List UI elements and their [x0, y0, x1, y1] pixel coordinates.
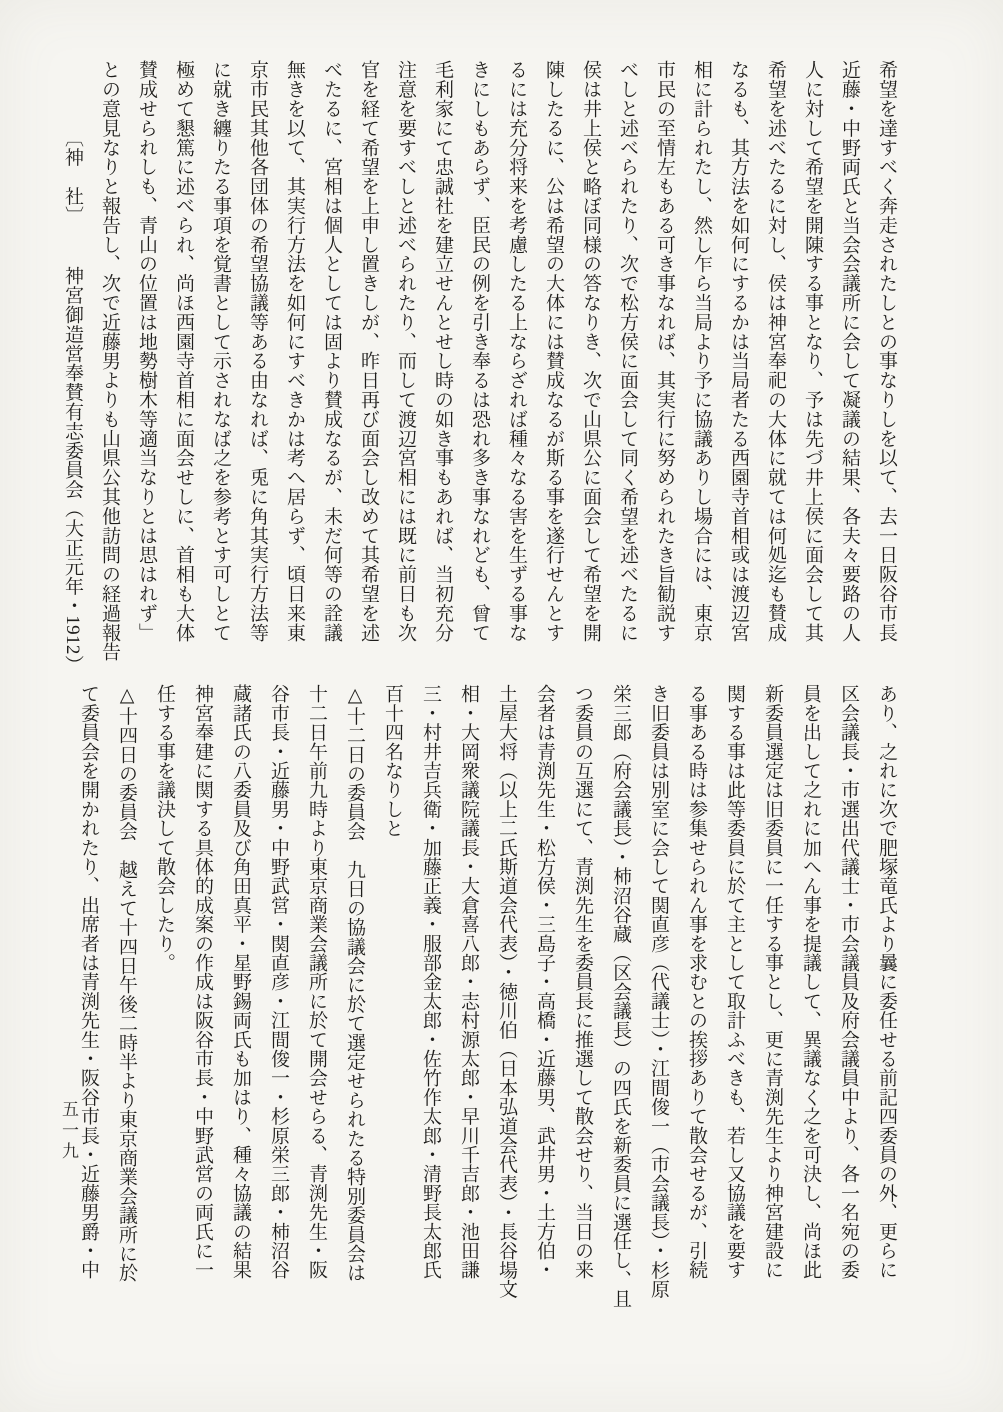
text-column: 官を経て希望を上申し置きしが、昨日再び面会し改めて其希望を述: [350, 60, 387, 670]
text-column: 市民の至情左もある可き事なれば、其実行に努められたき旨勧説す: [646, 60, 683, 670]
text-column: に就き纏りたる事項を覚書として示されなば之を参考とす可しとて: [202, 60, 239, 670]
scanned-book-page: 希望を達すべく奔走されたしとの事なりしを以て、去一日阪谷市長 近藤・中野両氏と当…: [0, 0, 1003, 1412]
text-column: △十四日の委員会 越えて十四日午後二時半より東京商業会議所に於: [107, 684, 145, 1324]
text-column: △十二日の委員会 九日の協議会に於て選定せられたる特別委員会は: [335, 684, 373, 1324]
text-column: なるも、其方法を如何にするかは当局者たる西園寺首相或は渡辺宮: [720, 60, 757, 670]
text-column: る事ある時は参集せられん事を求むとの挨拶ありて散会せるが、引続: [677, 684, 715, 1324]
text-column: との意見なりと報告し、次で近藤男よりも山県公其他訪問の経過報告: [91, 60, 128, 670]
text-column: 侯は井上侯と略ぼ同様の答なりき、次で山県公に面会して希望を開: [572, 60, 609, 670]
text-column: 栄三郎（府会議長）・柿沼谷蔵（区会議長）の四氏を新委員に選任し、且: [601, 684, 639, 1324]
text-column: て委員会を開かれたり、出席者は青渕先生・阪谷市長・近藤男爵・中: [69, 684, 107, 1324]
text-column: 毛利家にて忠誠社を建立せんとせし時の如き事もあれば、当初充分: [424, 60, 461, 670]
text-column: べたるに、宮相は個人としては固より賛成なるが、未だ何等の詮議: [313, 60, 350, 670]
article-heading: 〔神 社〕 神宮御造営奉賛有志委員会（大正元年・1912）: [54, 60, 91, 670]
text-column: 谷市長・近藤男・中野武営・関直彦・江間俊一・杉原栄三郎・柿沼谷: [259, 684, 297, 1324]
text-column: 新委員選定は旧委員に一任する事とし、更に青渕先生より神宮建設に: [753, 684, 791, 1324]
text-column: 神宮奉建に関する具体的成案の作成は阪谷市長・中野武営の両氏に一: [183, 684, 221, 1324]
text-column: 百十四名なりしと: [373, 684, 411, 1324]
text-column: きにしもあらず、臣民の例を引き奉るは恐れ多き事なれども、曾て: [461, 60, 498, 670]
text-column: 京市民其他各団体の希望協議等ある由なれば、兎に角其実行方法等: [239, 60, 276, 670]
text-column: 極めて懇篤に述べられ、尚ほ西園寺首相に面会せしに、首相も大体: [165, 60, 202, 670]
text-column: 賛成せられしも、青山の位置は地勢樹木等適当なりとは思はれず」: [128, 60, 165, 670]
text-column: 人に対して希望を開陳する事となり、予は先づ井上侯に面会して其: [794, 60, 831, 670]
text-column: 任する事を議決して散会したり。: [145, 684, 183, 1324]
text-column: 員を出して之れに加へん事を提議して、異議なく之を可決し、尚ほ此: [791, 684, 829, 1324]
text-column: 蔵諸氏の八委員及び角田真平・星野錫両氏も加はり、種々協議の結果: [221, 684, 259, 1324]
text-column: 近藤・中野両氏と当会会議所に会して凝議の結果、各夫々要路の人: [831, 60, 868, 670]
lower-text-block: あり、之れに次で肥塚竜氏より曩に委任せる前記四委員の外、更らに 区会議長・市選出…: [69, 684, 905, 1324]
text-column: 三・村井吉兵衛・加藤正義・服部金太郎・佐竹作太郎・清野長太郎氏: [411, 684, 449, 1324]
text-column: 土屋大将（以上二氏斯道会代表）・徳川伯（日本弘道会代表）・長谷場文: [487, 684, 525, 1324]
page-number: 五一九: [56, 1100, 81, 1163]
text-column: 注意を要すべしと述べられたり、而して渡辺宮相には既に前日も次: [387, 60, 424, 670]
text-column: 無きを以て、其実行方法を如何にすべきかは考へ居らず、頃日来東: [276, 60, 313, 670]
text-column: 希望を達すべく奔走されたしとの事なりしを以て、去一日阪谷市長: [868, 60, 905, 670]
text-column: あり、之れに次で肥塚竜氏より曩に委任せる前記四委員の外、更らに: [867, 684, 905, 1324]
text-column: 十二日午前九時より東京商業会議所に於て開会せらる、青渕先生・阪: [297, 684, 335, 1324]
upper-text-block: 希望を達すべく奔走されたしとの事なりしを以て、去一日阪谷市長 近藤・中野両氏と当…: [54, 60, 905, 670]
text-column: き旧委員は別室に会して関直彦（代議士）・江間俊一（市会議長）・杉原: [639, 684, 677, 1324]
text-column: 会者は青渕先生・松方侯・三島子・高橋・近藤男、武井男・土方伯・: [525, 684, 563, 1324]
text-column: 相に計られたし、然し乍ら当局より予に協議ありし場合には、東京: [683, 60, 720, 670]
text-column: べしと述べられたり、次で松方侯に面会して同く希望を述べたるに: [609, 60, 646, 670]
text-column: 相・大岡衆議院議長・大倉喜八郎・志村源太郎・早川千吉郎・池田謙: [449, 684, 487, 1324]
text-column: つ委員の互選にて、青渕先生を委員長に推選して散会せり、当日の来: [563, 684, 601, 1324]
category-label: 〔神 社〕: [54, 128, 91, 225]
text-column: 関する事は此等委員に於て主として取計ふべきも、若し又協議を要す: [715, 684, 753, 1324]
article-title: 神宮御造営奉賛有志委員会（大正元年・1912）: [54, 266, 91, 674]
text-column: 陳したるに、公は希望の大体には賛成なるが斯る事を遂行せんとす: [535, 60, 572, 670]
text-column: 区会議長・市選出代議士・市会議員及府会議員中より、各一名宛の委: [829, 684, 867, 1324]
text-column: るには充分将来を考慮したる上ならざれば種々なる害を生ずる事な: [498, 60, 535, 670]
text-column: 希望を述べたるに対し、侯は神宮奉祀の大体に就ては何処迄も賛成: [757, 60, 794, 670]
